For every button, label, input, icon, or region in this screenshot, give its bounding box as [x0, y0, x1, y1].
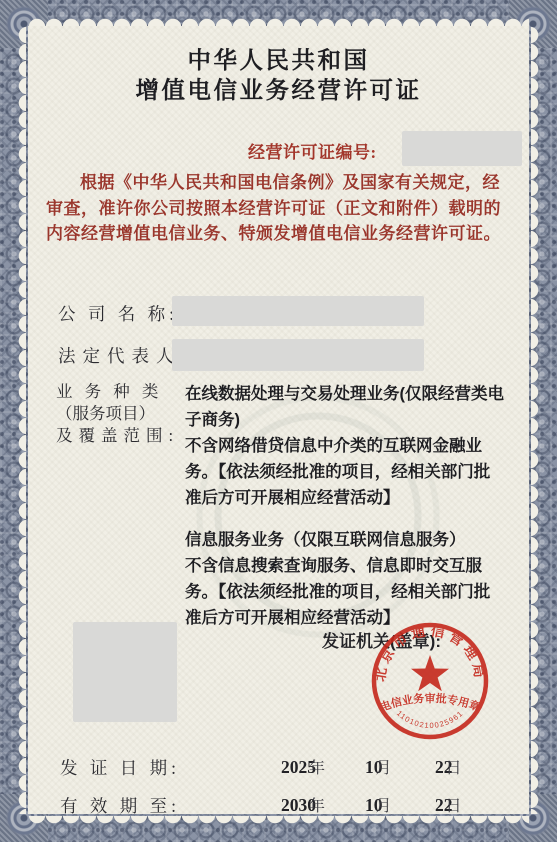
- seal-star-icon: [411, 655, 449, 691]
- company-name-redaction: [172, 296, 424, 326]
- issue-date-row: 发 证 日 期: 2025年 10月 22日: [0, 755, 557, 779]
- license-number-redaction: [402, 131, 522, 166]
- seal-inner-text: 电信业务审批专用章: [378, 691, 482, 714]
- year-unit: 年: [309, 798, 325, 815]
- valid-until-day: 22日: [435, 793, 462, 816]
- issue-date-label: 发 证 日 期:: [60, 755, 180, 780]
- legal-representative-redaction: [172, 339, 424, 371]
- day-unit: 日: [446, 798, 462, 815]
- title-license-name: 增值电信业务经营许可证: [0, 76, 557, 106]
- svg-text:11010210025961: 11010210025961: [395, 709, 465, 730]
- svg-text:电信业务审批专用章: 电信业务审批专用章: [378, 691, 482, 714]
- certificate-title: 中华人民共和国 增值电信业务经营许可证: [0, 46, 557, 106]
- license-number-label: 经营许可证编号:: [248, 143, 377, 162]
- service-item-information-service: 信息服务业务（仅限互联网信息服务）不含信息搜索查询服务、信息即时交互服务。【依法…: [185, 527, 517, 631]
- issue-date-day: 22日: [435, 755, 462, 778]
- business-scope-label-line2: （服务项目）: [56, 403, 179, 425]
- issue-date-year: 2025年: [281, 755, 325, 778]
- certificate-page: 中华人民共和国 增值电信业务经营许可证 经营许可证编号: 根据《中华人民共和国电…: [0, 0, 557, 842]
- license-number-row: 经营许可证编号:: [248, 138, 377, 163]
- valid-until-label: 有 效 期 至:: [60, 793, 180, 818]
- business-scope-label-line1: 业 务 种 类: [56, 381, 179, 403]
- company-name-label: 公 司 名 称:: [58, 301, 178, 326]
- month-unit: 月: [376, 798, 392, 815]
- year-unit: 年: [309, 760, 325, 777]
- seal-number: 11010210025961: [395, 709, 465, 730]
- day-unit: 日: [446, 760, 462, 777]
- month-unit: 月: [376, 760, 392, 777]
- issue-date-month: 10月: [365, 755, 392, 778]
- business-scope-label-line3: 及覆盖范围:: [56, 425, 179, 447]
- service-item-online-data-processing: 在线数据处理与交易处理业务(仅限经营类电子商务)不含网络借贷信息中介类的互联网金…: [185, 381, 517, 511]
- official-red-seal: 北京市通信管理局 电信业务审批专用章 11010210025961: [367, 618, 493, 744]
- business-scope-label: 业 务 种 类 （服务项目） 及覆盖范围:: [56, 381, 179, 447]
- title-country: 中华人民共和国: [0, 46, 557, 76]
- valid-until-row: 有 效 期 至: 2030年 10月 22日: [0, 793, 557, 817]
- valid-until-month: 10月: [365, 793, 392, 816]
- preamble-paragraph: 根据《中华人民共和国电信条例》及国家有关规定，经审查，准许你公司按照本经营许可证…: [46, 170, 514, 247]
- valid-until-year: 2030年: [281, 793, 325, 816]
- bottom-left-redaction: [73, 622, 177, 722]
